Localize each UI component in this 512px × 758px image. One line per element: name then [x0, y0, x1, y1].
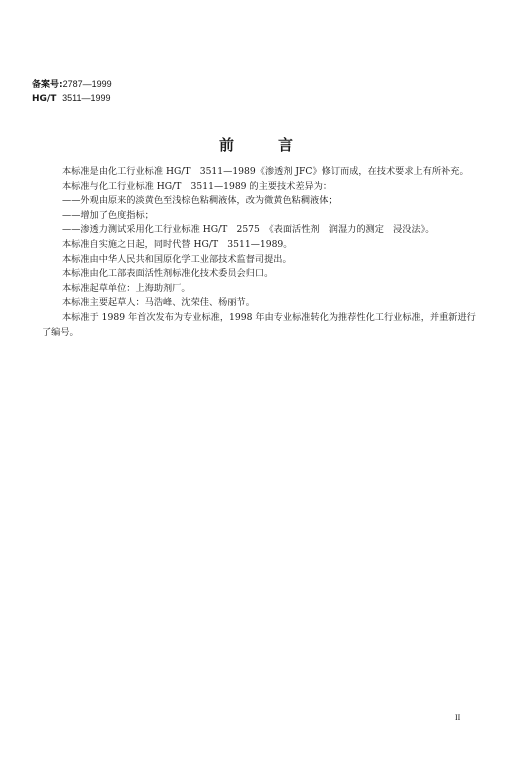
- paragraph: 本标准于 1989 年首次发布为专业标准，1998 年由专业标准转化为推荐性化工…: [42, 311, 478, 340]
- list-item: ——增加了色度指标；: [42, 209, 478, 224]
- page-number: II: [455, 713, 460, 722]
- filing-number: 2787—1999: [63, 79, 112, 89]
- title-char-1: 前: [219, 134, 234, 155]
- page-title: 前言: [0, 134, 512, 155]
- standard-code-line: HG/T 3511—1999: [32, 92, 110, 106]
- filing-label: 备案号:: [32, 80, 63, 90]
- paragraph: 本标准主要起草人：马浩峰、沈荣佳、杨丽节。: [42, 296, 478, 311]
- title-char-2: 言: [278, 134, 293, 155]
- filing-number-line: 备案号:2787—1999: [32, 78, 112, 92]
- paragraph: 本标准起草单位：上海助剂厂。: [42, 282, 478, 297]
- paragraph: 本标准由化工部表面活性剂标准化技术委员会归口。: [42, 267, 478, 282]
- paragraph: 本标准由中华人民共和国原化学工业部技术监督司提出。: [42, 253, 478, 268]
- list-item: ——外观由原来的淡黄色至浅棕色粘稠液体，改为微黄色粘稠液体；: [42, 194, 478, 209]
- paragraph: 本标准与化工行业标准 HG/T 3511—1989 的主要技术差异为：: [42, 180, 478, 195]
- standard-number: 3511—1999: [62, 93, 110, 103]
- paragraph: 本标准自实施之日起，同时代替 HG/T 3511—1989。: [42, 238, 478, 253]
- paragraph: 本标准是由化工行业标准 HG/T 3511—1989《渗透剂 JFC》修订而成，…: [42, 165, 478, 180]
- list-item: ——渗透力测试采用化工行业标准 HG/T 2575 《表面活性剂 润湿力的测定 …: [42, 223, 478, 238]
- standard-code: HG/T: [32, 94, 56, 104]
- foreword-body: 本标准是由化工行业标准 HG/T 3511—1989《渗透剂 JFC》修订而成，…: [42, 165, 478, 340]
